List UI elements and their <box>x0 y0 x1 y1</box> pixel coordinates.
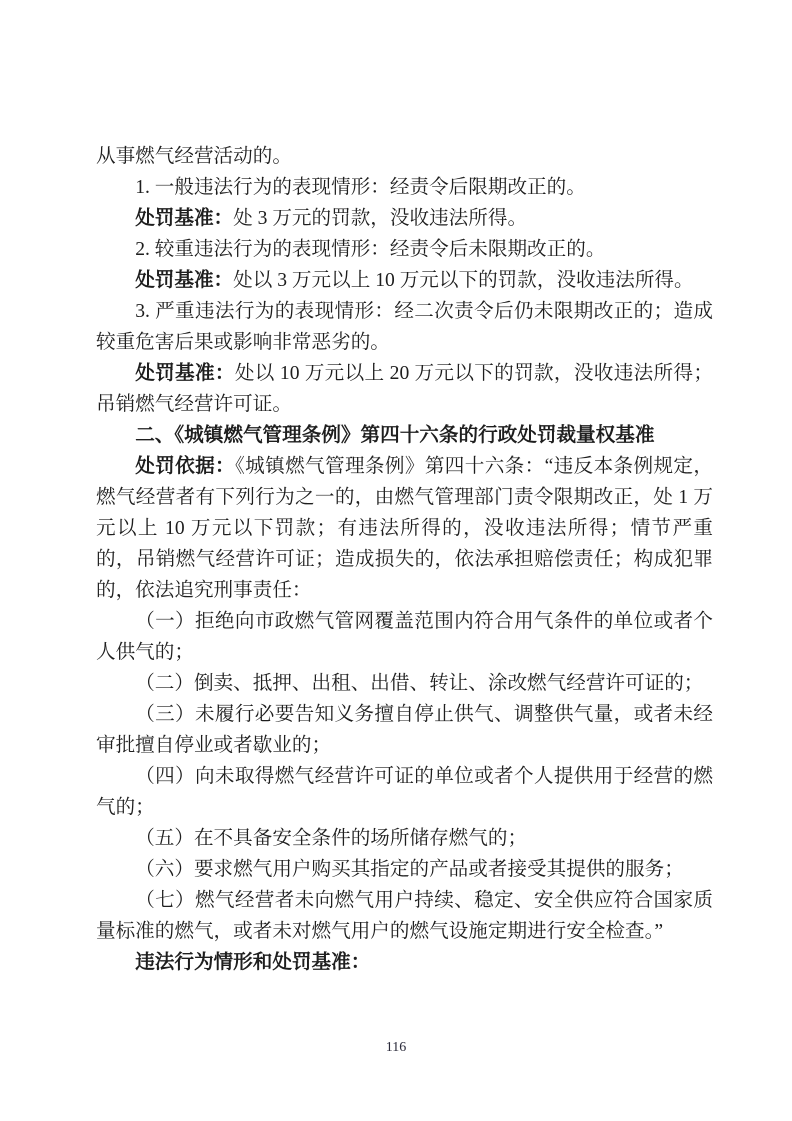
document-page: 从事燃气经营活动的。 1. 一般违法行为的表现情形：经责令后限期改正的。 处罚基… <box>0 0 792 1121</box>
clause-item-6: （六）要求燃气用户购买其指定的产品或者接受其提供的服务； <box>96 854 713 885</box>
penalty-standard-3-label: 处罚基准： <box>135 363 235 384</box>
document-body: 从事燃气经营活动的。 1. 一般违法行为的表现情形：经责令后限期改正的。 处罚基… <box>96 141 713 978</box>
clause-item-2: （二）倒卖、抵押、出租、出借、转让、涂改燃气经营许可证的； <box>96 668 713 699</box>
para-general-violation: 1. 一般违法行为的表现情形：经责令后限期改正的。 <box>96 172 713 203</box>
penalty-standard-2-text: 处以 3 万元以上 10 万元以下的罚款，没收违法所得。 <box>233 270 693 291</box>
para-penalty-standard-3: 处罚基准：处以 10 万元以上 20 万元以下的罚款，没收违法所得；吊销燃气经营… <box>96 358 713 420</box>
clause-item-1: （一）拒绝向市政燃气管网覆盖范围内符合用气条件的单位或者个人供气的； <box>96 606 713 668</box>
para-penalty-standard-1: 处罚基准：处 3 万元的罚款，没收违法所得。 <box>96 203 713 234</box>
para-severe-violation: 3. 严重违法行为的表现情形：经二次责令后仍未限期改正的；造成较重危害后果或影响… <box>96 296 713 358</box>
penalty-standard-2-label: 处罚基准： <box>135 270 233 291</box>
penalty-standard-1-text: 处 3 万元的罚款，没收违法所得。 <box>233 208 527 229</box>
clause-item-7: （七）燃气经营者未向燃气用户持续、稳定、安全供应符合国家质量标准的燃气，或者未对… <box>96 885 713 947</box>
section-heading: 二、《城镇燃气管理条例》第四十六条的行政处罚裁量权基准 <box>96 420 713 451</box>
clause-item-5: （五）在不具备安全条件的场所储存燃气的； <box>96 823 713 854</box>
penalty-basis-text: 《城镇燃气管理条例》第四十六条：“违反本条例规定，燃气经营者有下列行为之一的，由… <box>96 456 713 601</box>
para-carryover: 从事燃气经营活动的。 <box>96 141 713 172</box>
penalty-standard-1-label: 处罚基准： <box>135 208 233 229</box>
para-penalty-basis: 处罚依据：《城镇燃气管理条例》第四十六条：“违反本条例规定，燃气经营者有下列行为… <box>96 451 713 606</box>
subsection-heading: 违法行为情形和处罚基准： <box>96 947 713 978</box>
para-moderate-violation: 2. 较重违法行为的表现情形：经责令后未限期改正的。 <box>96 234 713 265</box>
para-penalty-standard-2: 处罚基准：处以 3 万元以上 10 万元以下的罚款，没收违法所得。 <box>96 265 713 296</box>
page-number: 116 <box>0 1039 792 1056</box>
clause-item-3: （三）未履行必要告知义务擅自停止供气、调整供气量，或者未经审批擅自停业或者歇业的… <box>96 699 713 761</box>
clause-item-4: （四）向未取得燃气经营许可证的单位或者个人提供用于经营的燃气的； <box>96 761 713 823</box>
penalty-basis-label: 处罚依据： <box>135 456 235 477</box>
